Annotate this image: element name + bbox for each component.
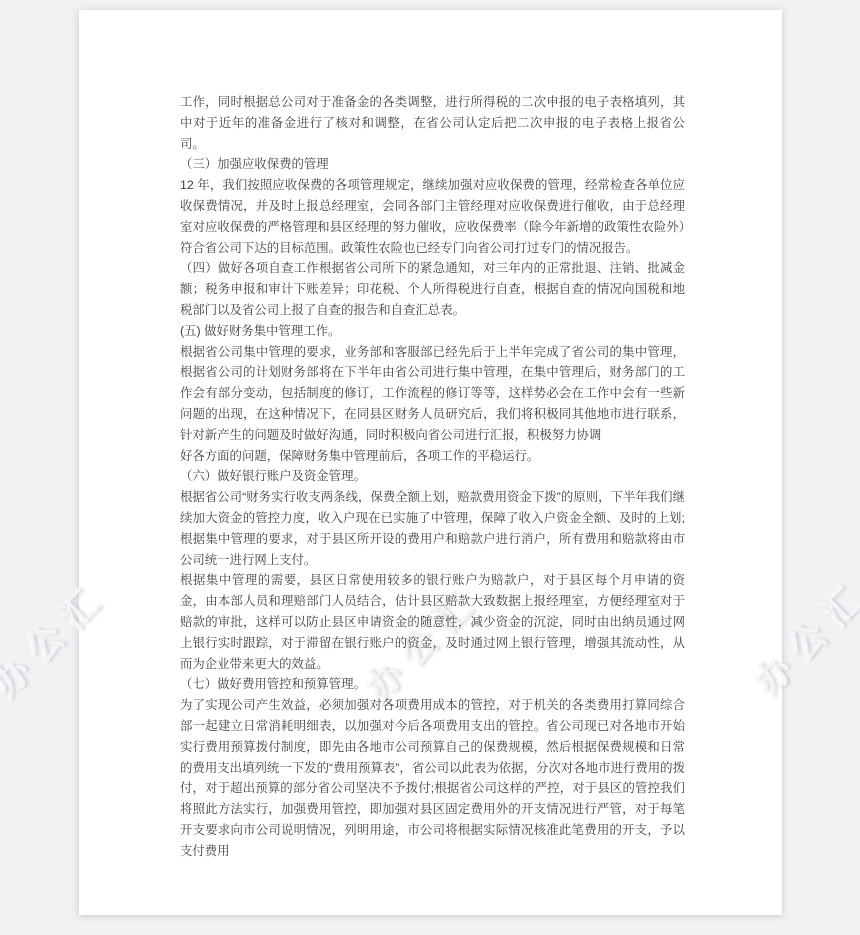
document-paragraph: 为了实现公司产生效益，必须加强对各项费用成本的管控，对于机关的各类费用打算同综合… bbox=[180, 695, 685, 861]
document-body: 工作，同时根据总公司对于准备金的各类调整，进行所得税的二次申报的电子表格填列，其… bbox=[79, 10, 782, 915]
viewer-background: 办公汇 办公汇 办公汇 工作，同时根据总公司对于准备金的各类调整，进行所得税的二… bbox=[0, 0, 860, 935]
document-paragraph: 根据省公司集中管理的要求，业务部和客服部已经先后于上半年完成了省公司的集中管理，… bbox=[180, 342, 685, 446]
document-paragraph: （三）加强应收保费的管理 bbox=[180, 154, 685, 175]
document-paragraph: 根据集中管理的需要，县区日常使用较多的银行账户为赔款户，对于县区每个月申请的资金… bbox=[180, 570, 685, 674]
document-paragraph: 好各方面的问题，保障财务集中管理前后，各项工作的平稳运行。 bbox=[180, 446, 685, 467]
document-paragraph: (五) 做好财务集中管理工作。 bbox=[180, 321, 685, 342]
document-paragraph: 12 年，我们按照应收保费的各项管理规定，继续加强对应收保费的管理，经常检查各单… bbox=[180, 175, 685, 258]
document-paragraph: （四）做好各项自查工作根据省公司所下的紧急通知，对三年内的正常批退、注销、批减金… bbox=[180, 258, 685, 320]
document-paragraph: （六）做好银行账户及资金管理。 bbox=[180, 466, 685, 487]
document-paragraph: 工作，同时根据总公司对于准备金的各类调整，进行所得税的二次申报的电子表格填列，其… bbox=[180, 92, 685, 154]
document-paragraph: （七）做好费用管控和预算管理。 bbox=[180, 674, 685, 695]
document-paragraph: 根据省公司“财务实行收支两条线，保费全额上划，赔款费用资金下拨”的原则，下半年我… bbox=[180, 487, 685, 570]
